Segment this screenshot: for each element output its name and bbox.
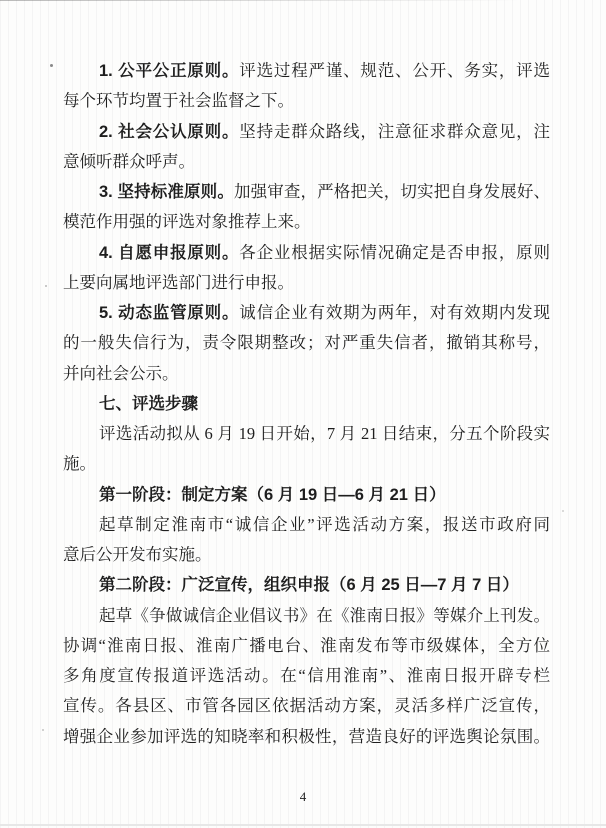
- scan-speckle: [42, 729, 44, 731]
- body-text: 模范作用强的评选对象推荐上来。: [63, 212, 311, 231]
- document-body: 1. 公平公正原则。评选过程严谨、规范、公开、务实，评选每个环节均置于社会监督之…: [63, 56, 550, 752]
- text-line: 3. 坚持标准原则。加强审查，严格把关，切实把自身发展好、: [63, 177, 550, 207]
- body-text: 起草《争做诚信企业倡议书》在《淮南日报》等媒介上刊发。: [99, 606, 550, 625]
- text-line: 多角度宣传报道评选活动。在“信用淮南”、淮南日报开辟专栏: [63, 661, 550, 691]
- bold-text: 七、评选步骤: [99, 395, 198, 413]
- text-line: 意倾听群众呼声。: [63, 147, 550, 177]
- text-line: 协调“淮南日报、淮南广播电台、淮南发布等市级媒体，全方位: [63, 631, 550, 661]
- scanned-document-page: 1. 公平公正原则。评选过程严谨、规范、公开、务实，评选每个环节均置于社会监督之…: [0, 0, 606, 828]
- bold-text: 5. 动态监管原则。: [99, 304, 239, 322]
- body-text: 宣传。各县区、市管各园区依据活动方案，灵活多样广泛宣传，: [63, 696, 550, 715]
- scan-bottom-edge-line: [0, 824, 606, 826]
- bold-text: 第二阶段：广泛宣传，组织申报（6 月 25 日—7 月 7 日）: [99, 576, 519, 594]
- text-line: 第一阶段：制定方案（6 月 19 日—6 月 21 日）: [63, 480, 550, 510]
- text-line: 起草制定淮南市“诚信企业”评选活动方案，报送市政府同: [63, 510, 550, 540]
- bold-text: 第一阶段：制定方案（6 月 19 日—6 月 21 日）: [99, 486, 446, 504]
- body-text: 评选过程严谨、规范、公开、务实，评选: [239, 61, 550, 80]
- text-line: 模范作用强的评选对象推荐上来。: [63, 207, 550, 237]
- text-line: 施。: [63, 449, 550, 479]
- body-text: 的一般失信行为，责令限期整改；对严重失信者，撤销其称号，: [63, 333, 550, 352]
- body-text: 并向社会公示。: [63, 364, 179, 383]
- text-line: 增强企业参加评选的知晓率和积极性，营造良好的评选舆论氛围。: [63, 722, 550, 752]
- bold-text: 4. 自愿申报原则。: [99, 244, 239, 262]
- body-text: 各企业根据实际情况确定是否申报，原则: [239, 243, 550, 262]
- text-line: 4. 自愿申报原则。各企业根据实际情况确定是否申报，原则: [63, 238, 550, 268]
- body-text: 多角度宣传报道评选活动。在“信用淮南”、淮南日报开辟专栏: [63, 666, 550, 685]
- body-text: 增强企业参加评选的知晓率和积极性，营造良好的评选舆论氛围。: [63, 727, 550, 746]
- text-line: 上要向属地评选部门进行申报。: [63, 268, 550, 298]
- text-line: 并向社会公示。: [63, 359, 550, 389]
- bold-text: 3. 坚持标准原则。: [99, 183, 234, 201]
- body-text: 意后公开发布实施。: [63, 545, 212, 564]
- text-line: 第二阶段：广泛宣传，组织申报（6 月 25 日—7 月 7 日）: [63, 570, 550, 600]
- body-text: 上要向属地评选部门进行申报。: [63, 273, 294, 292]
- body-text: 起草制定淮南市“诚信企业”评选活动方案，报送市政府同: [99, 515, 550, 534]
- text-line: 评选活动拟从 6 月 19 日开始，7 月 21 日结束，分五个阶段实: [63, 419, 550, 449]
- text-line: 的一般失信行为，责令限期整改；对严重失信者，撤销其称号，: [63, 328, 550, 358]
- text-line: 5. 动态监管原则。诚信企业有效期为两年，对有效期内发现: [63, 298, 550, 328]
- scan-speckle: [50, 64, 53, 67]
- text-line: 每个环节均置于社会监督之下。: [63, 86, 550, 116]
- body-text: 评选活动拟从 6 月 19 日开始，7 月 21 日结束，分五个阶段实: [99, 424, 550, 443]
- body-text: 每个环节均置于社会监督之下。: [63, 91, 294, 110]
- bold-text: 1. 公平公正原则。: [99, 62, 239, 80]
- body-text: 施。: [63, 454, 96, 473]
- body-text: 诚信企业有效期为两年，对有效期内发现: [239, 303, 550, 322]
- scan-speckle: [562, 510, 564, 512]
- scan-speckle: [45, 285, 47, 287]
- text-line: 2. 社会公认原则。坚持走群众路线，注意征求群众意见，注: [63, 117, 550, 147]
- text-line: 七、评选步骤: [63, 389, 550, 419]
- bold-text: 2. 社会公认原则。: [99, 123, 239, 141]
- text-line: 意后公开发布实施。: [63, 540, 550, 570]
- page-number: 4: [0, 789, 606, 805]
- body-text: 坚持走群众路线，注意征求群众意见，注: [239, 122, 550, 141]
- body-text: 意倾听群众呼声。: [63, 152, 195, 171]
- text-line: 宣传。各县区、市管各园区依据活动方案，灵活多样广泛宣传，: [63, 691, 550, 721]
- text-line: 起草《争做诚信企业倡议书》在《淮南日报》等媒介上刊发。: [63, 601, 550, 631]
- body-text: 加强审查，严格把关，切实把自身发展好、: [234, 182, 550, 201]
- scan-top-edge-line: [0, 0, 520, 1]
- body-text: 协调“淮南日报、淮南广播电台、淮南发布等市级媒体，全方位: [63, 636, 550, 655]
- text-line: 1. 公平公正原则。评选过程严谨、规范、公开、务实，评选: [63, 56, 550, 86]
